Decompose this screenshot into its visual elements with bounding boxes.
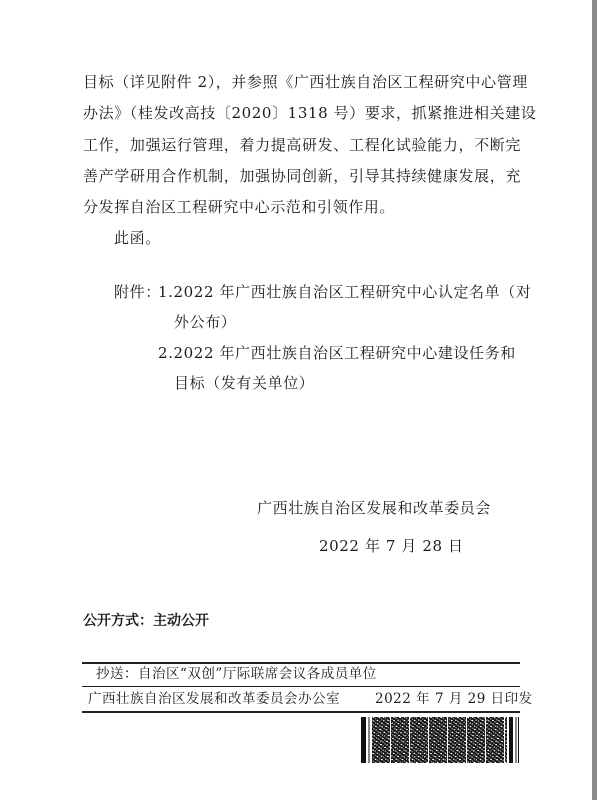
cc-recipients: 自治区“双创”厅际联席会议各成员单位: [138, 666, 377, 682]
disclosure-line: 公开方式：主动公开: [83, 611, 209, 631]
issuer-office: 广西壮族自治区发展和改革委员会办公室: [88, 690, 340, 708]
body-line: 目标（详见附件 2），并参照《广西壮族自治区工程研究中心管理: [83, 72, 521, 92]
attachment-item-2: 2.2022 年广西壮族自治区工程研究中心建设任务和: [158, 343, 516, 363]
attachment-item-1-continued: 外公布）: [174, 312, 236, 332]
closing-text: 此函。: [114, 228, 161, 248]
disclosure-label: 公开方式：: [83, 613, 153, 629]
body-line: 办法》（桂发改高技〔2020〕1318 号）要求，抓紧推进相关建设: [83, 103, 521, 123]
document-page: 目标（详见附件 2），并参照《广西壮族自治区工程研究中心管理 办法》（桂发改高技…: [0, 0, 592, 800]
attachment-title: 2022 年广西壮族自治区工程研究中心建设任务和: [174, 344, 516, 362]
body-line: 分发挥自治区工程研究中心示范和引领作用。: [83, 197, 395, 217]
disclosure-value: 主动公开: [153, 613, 209, 629]
pdf417-barcode-icon: [361, 717, 519, 763]
attachments-label: 附件：: [114, 282, 161, 302]
attachment-number: 1.: [158, 283, 174, 301]
signature-organization: 广西壮族自治区发展和改革委员会: [257, 498, 491, 518]
footer-rule-middle: [82, 686, 520, 687]
body-line: 工作，加强运行管理，着力提高研发、工程化试验能力，不断完: [83, 135, 521, 155]
attachment-title: 2022 年广西壮族自治区工程研究中心认定名单（对: [174, 283, 532, 301]
issue-date: 2022 年 7 月 29 日印发: [375, 690, 533, 708]
cc-label: 抄送：: [96, 666, 138, 682]
attachment-number: 2.: [158, 344, 174, 362]
body-line: 善产学研用合作机制，加强协同创新，引导其持续健康发展，充: [83, 166, 521, 186]
footer-rule-bottom: [82, 711, 520, 713]
signature-date: 2022 年 7 月 28 日: [319, 536, 464, 556]
footer-rule-top: [82, 662, 520, 664]
attachment-item-2-continued: 目标（发有关单位）: [174, 373, 314, 393]
attachment-item-1: 1.2022 年广西壮族自治区工程研究中心认定名单（对: [158, 282, 531, 302]
cc-line: 抄送：自治区“双创”厅际联席会议各成员单位: [96, 665, 377, 683]
